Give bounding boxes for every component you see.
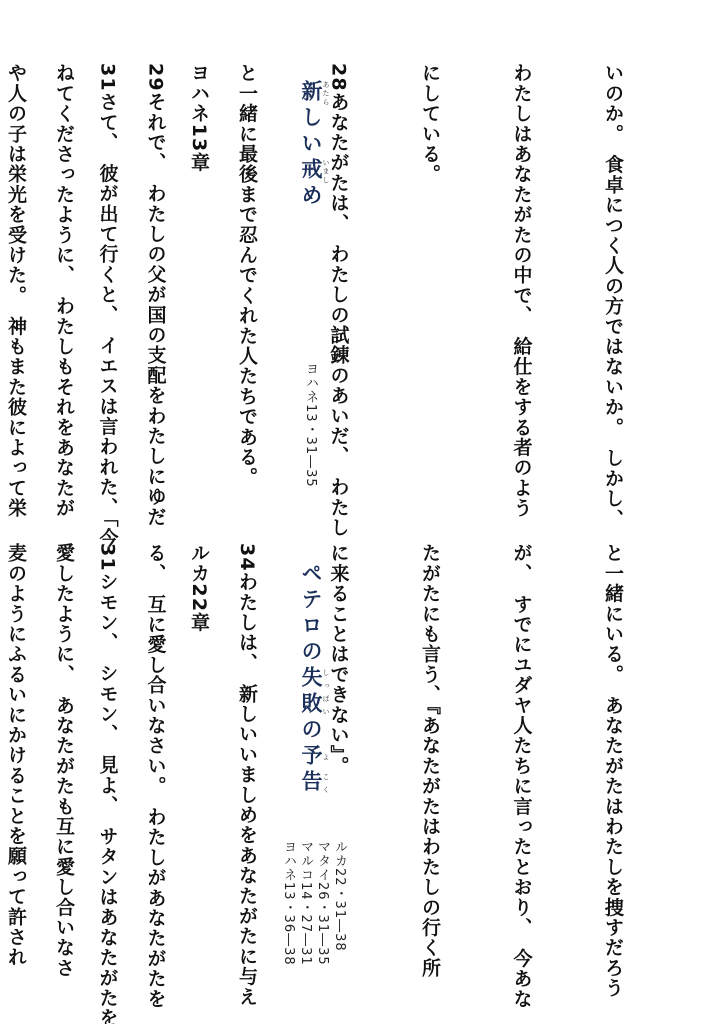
- reference-mark: マルコ14・27―31: [297, 840, 314, 966]
- title-char: し: [299, 106, 323, 132]
- title-char: 失しっ: [299, 666, 323, 692]
- text-column: が、 すでにユダヤ人たちに言ったとおり、 今あな: [506, 543, 537, 973]
- section-title-peter-denial-foretold: ペテロの失しっ敗ぱいの予よ告こく: [298, 562, 330, 796]
- section-title-new-commandment: 新あたらしい戒いましめ: [298, 80, 330, 210]
- text-block-john-13-top: ヨハネ13章 31さて、 彼が出て行くと、 イエスは言われた、「今 や人の子は栄…: [0, 63, 275, 493]
- text-column: 麦のようにふるいにかけることを願って許され: [1, 543, 32, 973]
- reference-john: ヨハネ13・36―38: [280, 840, 297, 966]
- scripture-reference-bottom: ルカ22・31―38 マタイ26・31―35 マルコ14・27―31 ヨハネ13…: [280, 840, 348, 966]
- scripture-reference-top: ヨハネ13・31―35: [302, 362, 319, 488]
- title-char: 敗ぱい: [299, 692, 323, 718]
- text-column: や人の子は栄光を受けた。 神もまた彼によって栄: [1, 63, 32, 493]
- reference-luke: ルカ22・31―38: [331, 840, 348, 966]
- title-char: 予よ: [299, 744, 323, 770]
- title-char: め: [299, 184, 323, 210]
- chapter-heading: ルカ22章: [184, 543, 215, 973]
- title-char: テ: [299, 588, 323, 614]
- text-block-luke-22-bottom: ルカ22章 31シモン、 シモン、 見よ、 サタンはあなたがたを 麦のようにふる…: [0, 543, 275, 973]
- text-column: と一緒にいる。 あなたがたはわたしを捜すだろう: [598, 543, 629, 973]
- title-char: ロ: [299, 614, 323, 640]
- title-char: 戒いまし: [299, 158, 323, 184]
- verse-31: 31さて、 彼が出て行くと、 イエスは言われた、「今: [92, 63, 123, 493]
- scripture-page: いのか。 食卓につく人の方ではないか。 しかし、 わたしはあなたがたの中で、 給…: [0, 0, 723, 1024]
- title-char: 新あたら: [299, 80, 323, 106]
- title-char: ペ: [299, 562, 323, 588]
- chapter-heading: ヨハネ13章: [184, 63, 215, 493]
- text-column: わたしはあなたがたの中で、 給仕をする者のよう: [506, 63, 537, 493]
- title-char: の: [299, 718, 323, 744]
- verse-31: 31シモン、 シモン、 見よ、 サタンはあなたがたを: [92, 543, 123, 973]
- reference-john: ヨハネ13・31―35: [302, 362, 319, 488]
- title-char: の: [299, 640, 323, 666]
- reference-matthew: マタイ26・31―35: [314, 840, 331, 966]
- text-column: いのか。 食卓につく人の方ではないか。 しかし、: [598, 63, 629, 493]
- title-char: 告こく: [299, 770, 323, 796]
- text-column: にしている。: [415, 63, 446, 493]
- title-char: い: [299, 132, 323, 158]
- text-column: たがたにも言う、『あなたがたはわたしの行く所: [415, 543, 446, 973]
